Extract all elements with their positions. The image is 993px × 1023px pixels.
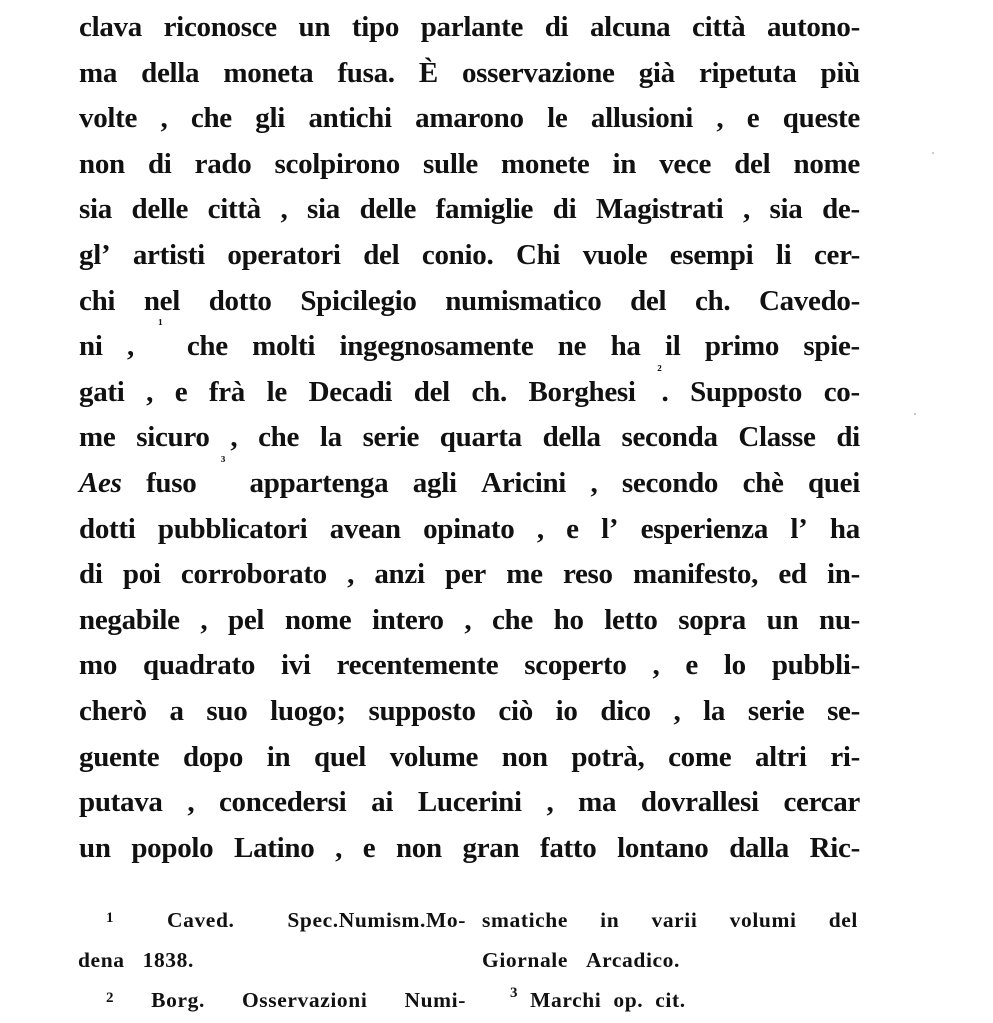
word: ni [79, 324, 103, 370]
text-line: madellamonetafusa.Èosservazionegiàripetu… [79, 51, 860, 97]
footnote-word: dena [78, 940, 125, 980]
word: di [545, 5, 569, 51]
footnote-number: 2 [106, 978, 114, 1018]
word: e [747, 96, 760, 142]
footnote-word: in [600, 900, 619, 940]
word: supposto [368, 689, 475, 735]
word: appartenga [250, 461, 389, 507]
word: autono- [767, 5, 860, 51]
word: fusa. [337, 51, 394, 97]
word: , [146, 370, 153, 416]
word: secondo [622, 461, 718, 507]
footnote-word: varii [651, 900, 697, 940]
word: del [630, 279, 666, 325]
word: un [299, 5, 331, 51]
word: , [591, 461, 598, 507]
word: delle [132, 187, 189, 233]
text-line: Aesfuso³appartengaagliAricini,secondochè… [79, 461, 860, 507]
word: ha [830, 507, 860, 553]
word: li [776, 233, 792, 279]
word: luogo; [270, 689, 346, 735]
word: a [169, 689, 183, 735]
word: manifesto, [633, 552, 758, 598]
word: ri- [830, 735, 860, 781]
word: mo [79, 643, 117, 689]
word: numismatico [445, 279, 601, 325]
text-line: gl’artistioperatoridelconio.Chivuoleesem… [79, 233, 860, 279]
word: gran [463, 826, 520, 872]
word: le [267, 370, 287, 416]
text-line: chineldottoSpicilegionumismaticodelch.Ca… [79, 279, 860, 325]
text-line: mesicuro,chelaseriequartadellasecondaCla… [79, 415, 860, 461]
word: cercar [783, 780, 860, 826]
word: potrà, [571, 735, 644, 781]
footnote-word: cit. [655, 980, 685, 1020]
word: Magistrati [596, 187, 723, 233]
word: alcuna [590, 5, 670, 51]
word: in- [827, 552, 860, 598]
word: corroborato [181, 552, 327, 598]
footnote-line: GiornaleArcadico. [482, 940, 858, 980]
footnote-word: volumi [730, 900, 797, 940]
word: sopra [678, 598, 746, 644]
word: più [821, 51, 860, 97]
word: artisti [133, 233, 205, 279]
text-line: volte,chegliantichiamaronoleallusioni,eq… [79, 96, 860, 142]
word: vuole [583, 233, 648, 279]
word: fuso [146, 461, 196, 507]
word: ho [554, 598, 584, 644]
footnote-word: Caved. [167, 900, 235, 940]
word: pubbli- [772, 643, 860, 689]
word: volume [390, 735, 478, 781]
word: Lucerini [418, 780, 522, 826]
word: ripetuta [699, 51, 796, 97]
word: riconosce [164, 5, 277, 51]
word: ma [79, 51, 117, 97]
word: Chi [516, 233, 560, 279]
word: se- [827, 689, 860, 735]
word: guente [79, 735, 159, 781]
word: scolpirono [275, 142, 400, 188]
word: me [506, 552, 542, 598]
footnote-word: Arcadico. [586, 940, 680, 980]
word: ma [578, 780, 616, 826]
scanned-book-page: clavariconosceuntipoparlantedialcunacitt… [0, 0, 993, 1023]
word: , [464, 598, 471, 644]
word: seconda [621, 415, 717, 461]
word: molti [252, 324, 315, 370]
word: famiglie [436, 187, 533, 233]
footnote-word: Borg. [151, 980, 205, 1020]
word: pubblicatori [158, 507, 308, 553]
footnote-word: op. [613, 980, 643, 1020]
text-line: cheròasuoluogo;suppostociòiodico,laserie… [79, 689, 860, 735]
word: recentemente [337, 643, 499, 689]
word: , [230, 415, 237, 461]
word: rado [195, 142, 252, 188]
text-line: guentedopoinquelvolumenonpotrà,comealtri… [79, 735, 860, 781]
text-line: ni,¹chemoltiingegnosamentenehailprimospi… [79, 324, 860, 370]
word: la [703, 689, 725, 735]
word: nome [793, 142, 859, 188]
text-line: siadellecittà,siadellefamigliediMagistra… [79, 187, 860, 233]
word: , [546, 780, 553, 826]
word: nu- [819, 598, 860, 644]
word: Decadi [309, 370, 393, 416]
word: non [79, 142, 125, 188]
word: Aes [79, 461, 122, 507]
word: dopo [183, 735, 243, 781]
word: , [127, 324, 134, 370]
word: sia [770, 187, 803, 233]
word: dotto [209, 279, 272, 325]
text-line: negabile,pelnomeintero,cheholettosopraun… [79, 598, 860, 644]
footnote-reference: ³ [221, 461, 225, 507]
word: quei [808, 461, 860, 507]
text-line: dottipubblicatoriaveanopinato,el’esperie… [79, 507, 860, 553]
word: di [836, 415, 860, 461]
word: io [556, 689, 578, 735]
word: città [692, 5, 745, 51]
word: dovrallesi [641, 780, 759, 826]
word: primo [705, 324, 779, 370]
footnote-word: Marchi [530, 980, 601, 1020]
word: lontano [617, 826, 708, 872]
word: che [191, 96, 232, 142]
footnote-number: 1 [106, 898, 114, 938]
footnotes-section: 1Caved.Spec.Numism.Mo-dena1838.2Borg.Oss… [78, 900, 858, 1020]
word: frà [209, 370, 245, 416]
word: dotti [79, 507, 136, 553]
text-line: unpopoloLatino,enongranfattolontanodalla… [79, 826, 860, 872]
word: serie [363, 415, 419, 461]
word: , [537, 507, 544, 553]
word: come [668, 735, 731, 781]
word: ha [611, 324, 641, 370]
word: il [665, 324, 681, 370]
word: amarono [415, 96, 524, 142]
word: Latino [234, 826, 314, 872]
word: in [267, 735, 291, 781]
footnote-line: 1Caved.Spec.Numism.Mo- [78, 900, 466, 940]
text-line: moquadratoivirecentementescoperto,elopub… [79, 643, 860, 689]
footnote-word: Giornale [482, 940, 568, 980]
paper-speck [932, 152, 934, 154]
word: parlante [421, 5, 523, 51]
word: di [79, 552, 103, 598]
word: esempi [670, 233, 754, 279]
word: dalla [729, 826, 789, 872]
word: , [673, 689, 680, 735]
word: Aricini [481, 461, 566, 507]
word: ai [371, 780, 393, 826]
word: avean [330, 507, 401, 553]
footnote-line: 2Borg.OsservazioniNumi- [78, 980, 466, 1020]
word: delle [360, 187, 417, 233]
word: di [553, 187, 577, 233]
word: , [653, 643, 660, 689]
word: anzi [374, 552, 424, 598]
word: Ric- [810, 826, 860, 872]
word: per [445, 552, 486, 598]
text-line: nondiradoscolpironosullemoneteinvecedeln… [79, 142, 860, 188]
word: e [175, 370, 188, 416]
word: in [613, 142, 637, 188]
word: queste [783, 96, 860, 142]
word: che [187, 324, 228, 370]
word: moneta [223, 51, 313, 97]
footnote-line: dena1838. [78, 940, 466, 980]
word: sicuro [136, 415, 209, 461]
word: tipo [352, 5, 399, 51]
word: opinato [423, 507, 514, 553]
word: antichi [308, 96, 391, 142]
word: le [547, 96, 567, 142]
word: e [566, 507, 579, 553]
word: concedersi [219, 780, 346, 826]
word: gli [255, 96, 285, 142]
word: volte [79, 96, 137, 142]
word: È [419, 51, 438, 97]
word: operatori [227, 233, 340, 279]
word: osservazione [462, 51, 615, 97]
word: ivi [281, 643, 311, 689]
word: letto [604, 598, 657, 644]
word: scoperto [524, 643, 626, 689]
word: co- [824, 370, 860, 416]
word: esperienza [641, 507, 768, 553]
word: clava [79, 5, 142, 51]
word: della [543, 415, 601, 461]
footnote-number: 3 [510, 973, 518, 1013]
word: suo [206, 689, 247, 735]
footnote-line: 3Marchiop.cit. [482, 980, 858, 1020]
word: chi [79, 279, 115, 325]
word: che [258, 415, 299, 461]
word: intero [372, 598, 444, 644]
word: Spicilegio [300, 279, 416, 325]
word: , [716, 96, 723, 142]
word: sulle [423, 142, 478, 188]
word: sia [307, 187, 340, 233]
word: del [363, 233, 399, 279]
text-line: gati,efràleDecadidelch.Borghesi².Suppost… [79, 370, 860, 416]
word: reso [563, 552, 613, 598]
word: e [685, 643, 698, 689]
word: conio. [422, 233, 494, 279]
word: de- [822, 187, 860, 233]
word: , [200, 598, 207, 644]
word: che [492, 598, 533, 644]
word: , [743, 187, 750, 233]
paper-speck [914, 413, 916, 415]
word: vece [659, 142, 711, 188]
word: città [208, 187, 261, 233]
word: non [502, 735, 548, 781]
word: agli [413, 461, 457, 507]
word: quadrato [143, 643, 255, 689]
word: un [79, 826, 111, 872]
word: spie- [803, 324, 860, 370]
word: altri [755, 735, 807, 781]
footnote-word: smatiche [482, 900, 568, 940]
footnote-word: Spec.Numism.Mo- [287, 900, 466, 940]
footnote-word: Osservazioni [242, 980, 367, 1020]
word: ciò [498, 689, 533, 735]
word: già [639, 51, 675, 97]
word: gati [79, 370, 125, 416]
footnote-reference: ¹ [158, 324, 162, 370]
word: del [734, 142, 770, 188]
word: allusioni [591, 96, 693, 142]
word: ch. [472, 370, 507, 416]
word: chè [743, 461, 784, 507]
word: di [148, 142, 172, 188]
word: sia [79, 187, 112, 233]
word: della [141, 51, 199, 97]
word: l’ [790, 507, 807, 553]
word: poi [123, 552, 161, 598]
text-line: dipoicorroborato,anzipermeresomanifesto,… [79, 552, 860, 598]
word: Supposto [690, 370, 802, 416]
word: ingegnosamente [339, 324, 533, 370]
footnote-word: Numi- [404, 980, 466, 1020]
main-text-block: clavariconosceuntipoparlantedialcunacitt… [79, 5, 860, 871]
word: cer- [814, 233, 860, 279]
footnotes-right-column: smaticheinvariivolumidelGiornaleArcadico… [482, 900, 858, 1020]
word: l’ [601, 507, 618, 553]
word: un [767, 598, 799, 644]
text-line: putava,concedersiaiLucerini,madovrallesi… [79, 780, 860, 826]
footnotes-left-column: 1Caved.Spec.Numism.Mo-dena1838.2Borg.Oss… [78, 900, 466, 1020]
word: ne [558, 324, 586, 370]
word: me [79, 415, 115, 461]
word: negabile [79, 598, 180, 644]
word: , [335, 826, 342, 872]
word: , [161, 96, 168, 142]
word: gl’ [79, 233, 110, 279]
word: lo [724, 643, 746, 689]
word: , [187, 780, 194, 826]
footnote-line: smaticheinvariivolumidel [482, 900, 858, 940]
word: quarta [440, 415, 522, 461]
word: Cavedo- [759, 279, 860, 325]
word: del [414, 370, 450, 416]
word: e [363, 826, 376, 872]
word: nome [285, 598, 351, 644]
word: monete [501, 142, 589, 188]
footnote-word: del [829, 900, 858, 940]
footnote-reference: ². [657, 370, 668, 416]
word: fatto [540, 826, 596, 872]
word: cherò [79, 689, 147, 735]
word: non [396, 826, 442, 872]
word: ch. [695, 279, 730, 325]
footnote-word: 1838. [143, 940, 194, 980]
word: la [320, 415, 342, 461]
word: quel [314, 735, 366, 781]
word: dico [600, 689, 650, 735]
word: Classe [738, 415, 815, 461]
word: serie [748, 689, 804, 735]
word: putava [79, 780, 163, 826]
text-line: clavariconosceuntipoparlantedialcunacitt… [79, 5, 860, 51]
word: ed [778, 552, 806, 598]
word: pel [228, 598, 264, 644]
word: popolo [131, 826, 213, 872]
word: , [280, 187, 287, 233]
word: Borghesi [529, 370, 636, 416]
word: , [347, 552, 354, 598]
